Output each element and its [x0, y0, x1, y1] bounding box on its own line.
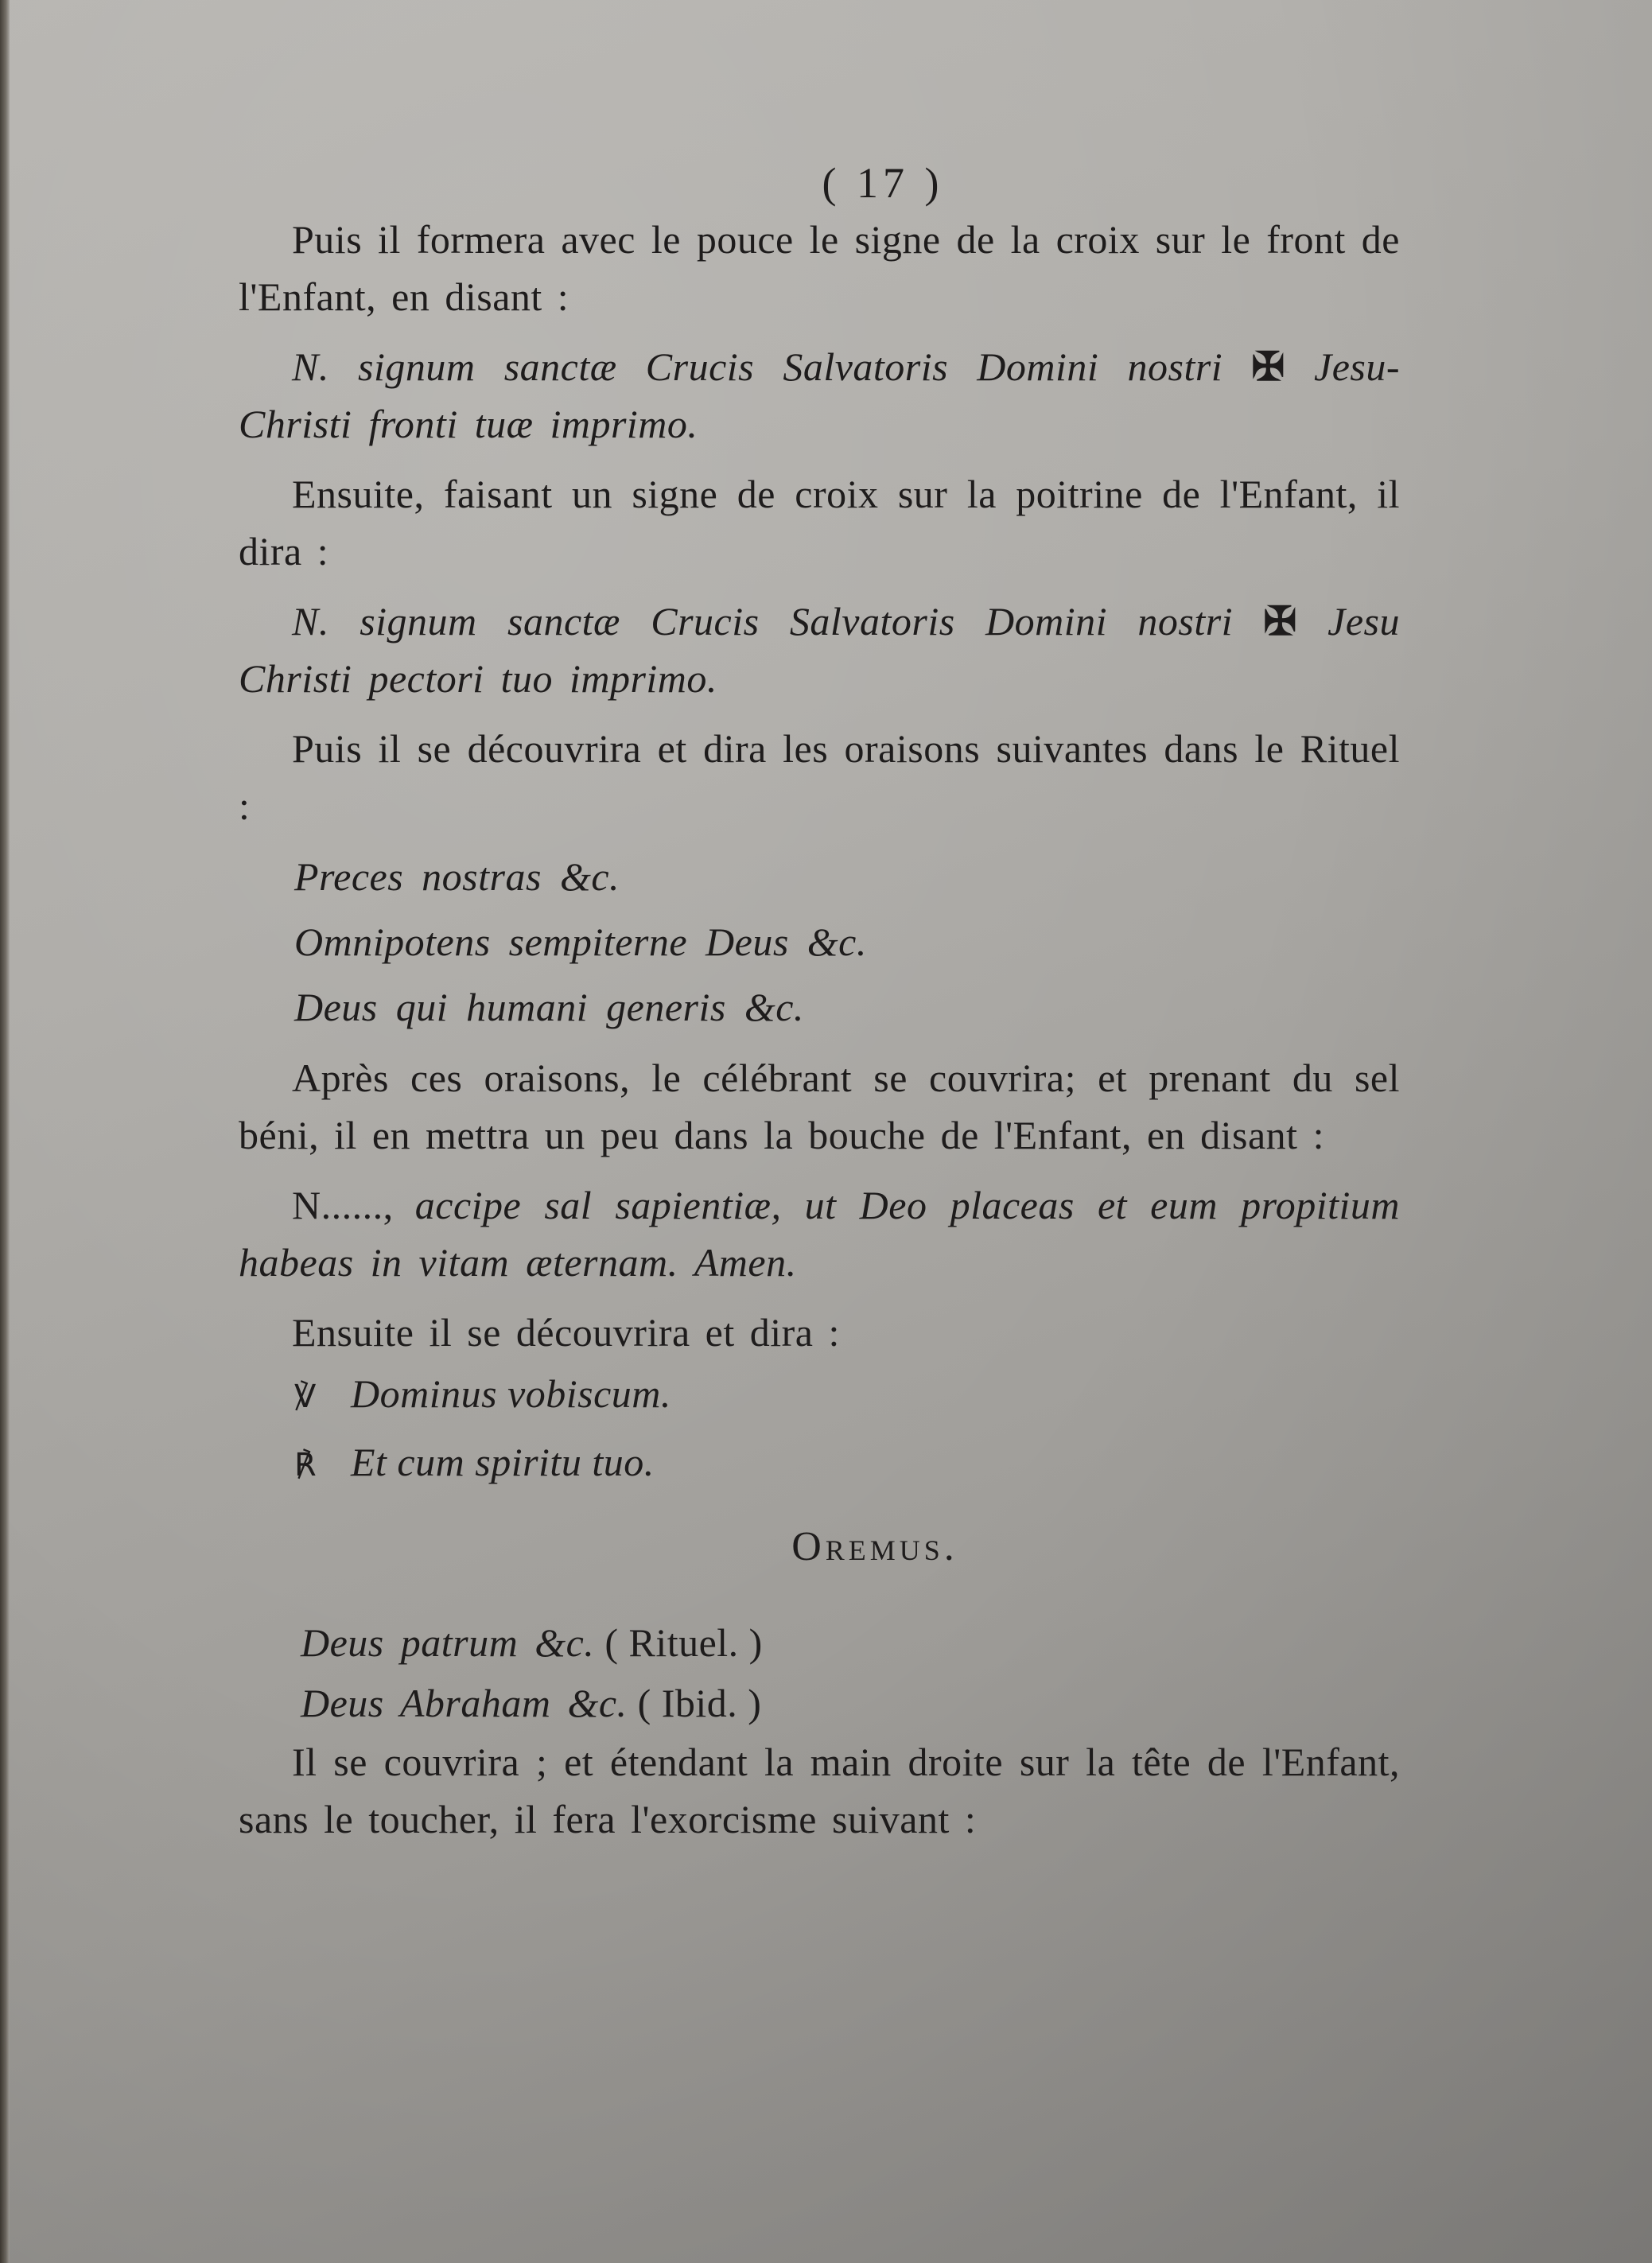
versicle-item: ℣ Dominus vobiscum. [239, 1361, 1400, 1429]
latin-formula-salt: N......, accipe sal sapientiæ, ut Deo pl… [239, 1176, 1400, 1291]
reference-source: ( Ibid. ) [638, 1681, 762, 1725]
latin-formula-breast: N. signum sanctæ Crucis Salvatoris Domin… [239, 593, 1400, 707]
book-binding-edge [0, 0, 10, 2263]
latin-text: N. signum sanctæ Crucis Salvatoris Domin… [292, 344, 1222, 389]
reference-list: Deus patrum &c. ( Rituel. ) Deus Abraham… [239, 1612, 1400, 1733]
response-text: Et cum spiritu tuo. [351, 1440, 655, 1484]
paragraph-uncover: Ensuite il se découvrira et dira : [239, 1304, 1400, 1361]
paragraph-forehead-sign: Puis il formera avec le pouce le signe d… [239, 211, 1400, 325]
name-placeholder: N......, [292, 1183, 394, 1227]
paragraph-exorcism: Il se couvrira ; et étendant la main dro… [239, 1733, 1400, 1848]
paragraph-salt: Après ces oraisons, le célébrant se couv… [239, 1049, 1400, 1164]
paragraph-orisons: Puis il se découvrira et dira les oraiso… [239, 720, 1400, 834]
versicle-list: ℣ Dominus vobiscum. ℟ Et cum spiritu tuo… [239, 1361, 1400, 1498]
latin-text: accipe sal sapientiæ, ut Deo placeas et … [239, 1183, 1400, 1285]
reference-latin: Deus patrum &c. [301, 1620, 594, 1665]
prayer-item: Preces nostras &c. [239, 844, 1400, 909]
paragraph-breast-sign: Ensuite, faisant un signe de croix sur l… [239, 465, 1400, 580]
response-icon: ℟ [294, 1433, 340, 1498]
cross-icon: ✠ [1263, 599, 1296, 644]
reference-source: ( Rituel. ) [604, 1620, 763, 1665]
versicle-icon: ℣ [294, 1364, 340, 1429]
latin-text: N. signum sanctæ Crucis Salvatoris Domin… [292, 599, 1233, 644]
reference-latin: Deus Abraham &c. [301, 1681, 628, 1725]
reference-item: Deus patrum &c. ( Rituel. ) [239, 1612, 1400, 1673]
prayer-list: Preces nostras &c. Omnipotens sempiterne… [239, 844, 1400, 1040]
response-item: ℟ Et cum spiritu tuo. [239, 1429, 1400, 1498]
cross-icon: ✠ [1251, 344, 1285, 389]
section-heading-oremus: Oremus. [350, 1518, 1400, 1576]
latin-formula-forehead: N. signum sanctæ Crucis Salvatoris Domin… [239, 338, 1400, 453]
reference-item: Deus Abraham &c. ( Ibid. ) [239, 1673, 1400, 1733]
prayer-item: Omnipotens sempiterne Deus &c. [239, 909, 1400, 974]
prayer-item: Deus qui humani generis &c. [239, 974, 1400, 1040]
versicle-text: Dominus vobiscum. [351, 1371, 671, 1416]
page-number: ( 17 ) [366, 155, 1400, 211]
book-page: ( 17 ) Puis il formera avec le pouce le … [239, 155, 1400, 1848]
